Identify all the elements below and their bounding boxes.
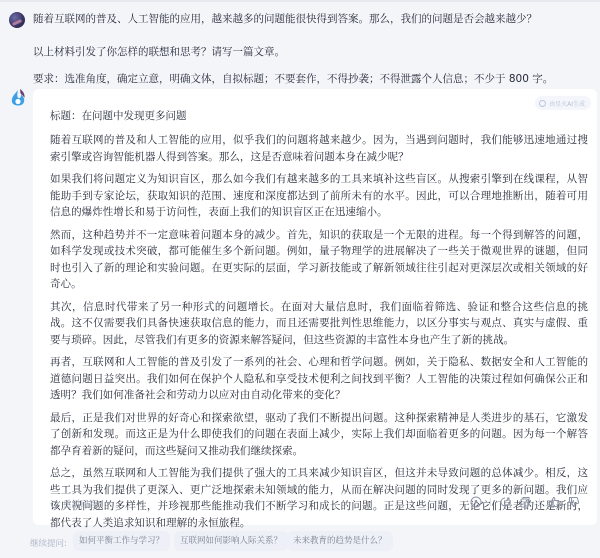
thumbs-up-icon	[548, 496, 560, 508]
answer-footer: 重新回答	[50, 496, 580, 512]
divider	[539, 498, 540, 506]
essay-paragraph: 随着互联网的普及和人工智能的应用，似乎我们的问题将越来越少。因为，当遇到问题时，…	[50, 132, 588, 165]
user-message-line: 随着互联网的普及、人工智能的应用，越来越多的问题能很快得到答案。那么，我们的问题…	[33, 12, 537, 26]
answer-content: 标题：在问题中发现更多问题 随着互联网的普及和人工智能的应用，似乎我们的问题将越…	[50, 109, 588, 537]
share-icon	[499, 496, 511, 508]
essay-title: 标题：在问题中发现更多问题	[50, 109, 588, 123]
ai-badge-icon	[539, 100, 546, 107]
copy-button[interactable]	[519, 496, 531, 508]
copy-icon	[519, 496, 531, 508]
refresh-icon	[50, 500, 59, 509]
divider	[490, 498, 491, 506]
answer-actions	[470, 496, 580, 508]
regenerate-label: 重新回答	[63, 498, 97, 510]
top-divider	[0, 0, 600, 2]
essay-paragraph: 如果我们将问题定义为知识盲区，那么如今我们有越来越多的工具来填补这些盲区。从搜索…	[50, 171, 588, 221]
thumbs-down-button[interactable]	[568, 496, 580, 508]
essay-paragraph: 最后，正是我们对世界的好奇心和探索欲望，驱动了我们不断提出问题。这种探索精神是人…	[50, 410, 588, 460]
ai-generated-badge: 由星火AI生成	[535, 96, 591, 110]
share-button[interactable]	[499, 496, 511, 508]
play-circle-icon	[470, 496, 482, 508]
regenerate-button[interactable]: 重新回答	[50, 498, 97, 510]
thumbs-up-button[interactable]	[548, 496, 560, 508]
follow-up-chip[interactable]: 如何平衡工作与学习？	[73, 531, 170, 551]
follow-up-label: 继续提问:	[30, 537, 67, 549]
user-message-line: 要求：选准角度，确定立意，明确文体，自拟标题；不要套作，不得抄袭；不得泄露个人信…	[33, 72, 553, 86]
user-avatar	[9, 12, 25, 28]
user-message-line: 以上材料引发了你怎样的联想和思考？请写一篇文章。	[33, 45, 285, 59]
essay-paragraph: 再者，互联网和人工智能的普及引发了一系列的社会、心理和哲学问题。例如，关于隐私、…	[50, 354, 588, 404]
follow-up-chip[interactable]: 未来教育的趋势是什么？	[287, 531, 393, 551]
thumbs-down-icon	[568, 496, 580, 508]
essay-paragraph: 然而，这种趋势并不一定意味着问题本身的减少。首先，知识的获取是一个无限的进程。每…	[50, 227, 588, 293]
play-audio-button[interactable]	[470, 496, 482, 508]
answer-card: 由星火AI生成 标题：在问题中发现更多问题 随着互联网的普及和人工智能的应用，似…	[33, 89, 597, 525]
essay-paragraph: 其次，信息时代带来了另一种形式的问题增长。在面对大量信息时，我们面临着筛选、验证…	[50, 299, 588, 349]
follow-up-chip[interactable]: 互联网如何影响人际关系？	[174, 531, 288, 551]
ai-badge-text: 由星火AI生成	[549, 99, 585, 108]
spark-logo-icon	[9, 88, 27, 108]
follow-up-suggestions: 继续提问: 如何平衡工作与学习？ 互联网如何影响人际关系？ 未来教育的趋势是什么…	[0, 530, 600, 554]
